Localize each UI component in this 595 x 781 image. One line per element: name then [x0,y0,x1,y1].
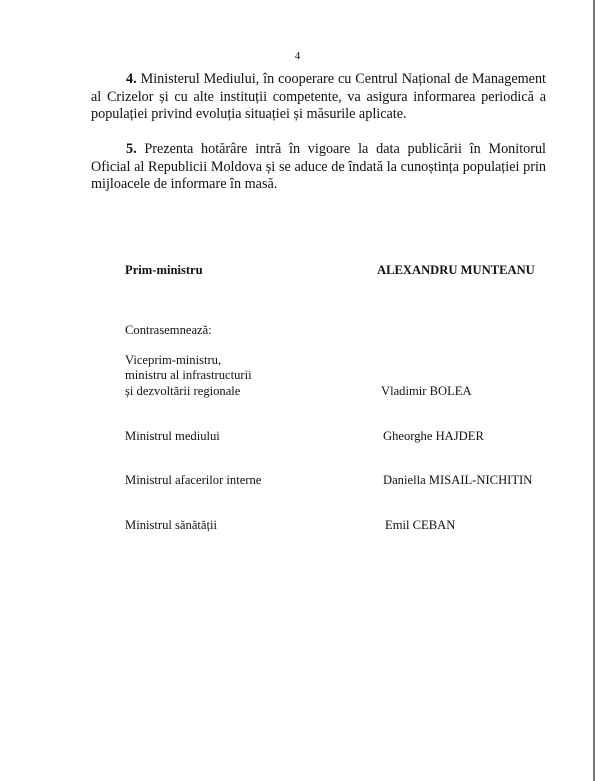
paragraph-5-number: 5. [126,141,137,157]
countersigner-title-1: Viceprim-ministru, ministru al infrastru… [125,353,252,399]
countersigner-name-1: Vladimir BOLEA [381,384,472,399]
paragraph-4-text: Ministerul Mediului, în cooperare cu Cen… [91,71,546,122]
title-line: Viceprim-ministru, [125,353,252,368]
countersigner-title-2: Ministrul mediului [125,429,220,444]
title-line: ministru al infrastructurii [125,368,252,383]
paragraph-5-text: Prezenta hotărâre intră în vigoare la da… [91,141,546,192]
prime-minister-title: Prim-ministru [125,263,203,278]
countersigner-title-3: Ministrul afacerilor interne [125,473,261,488]
paragraph-5: 5. Prezenta hotărâre intră în vigoare la… [91,141,546,194]
paragraph-4: 4. Ministerul Mediului, în cooperare cu … [91,71,546,124]
prime-minister-name: ALEXANDRU MUNTEANU [377,263,535,278]
title-line: și dezvoltării regionale [125,384,252,399]
paragraph-4-number: 4. [126,71,137,87]
countersign-label: Contrasemnează: [125,323,212,338]
countersigner-name-4: Emil CEBAN [385,518,455,533]
countersigner-name-3: Daniella MISAIL-NICHITIN [383,473,532,488]
countersigner-title-4: Ministrul sănătății [125,518,217,533]
page-number: 4 [0,50,595,62]
countersigner-name-2: Gheorghe HAJDER [383,429,484,444]
